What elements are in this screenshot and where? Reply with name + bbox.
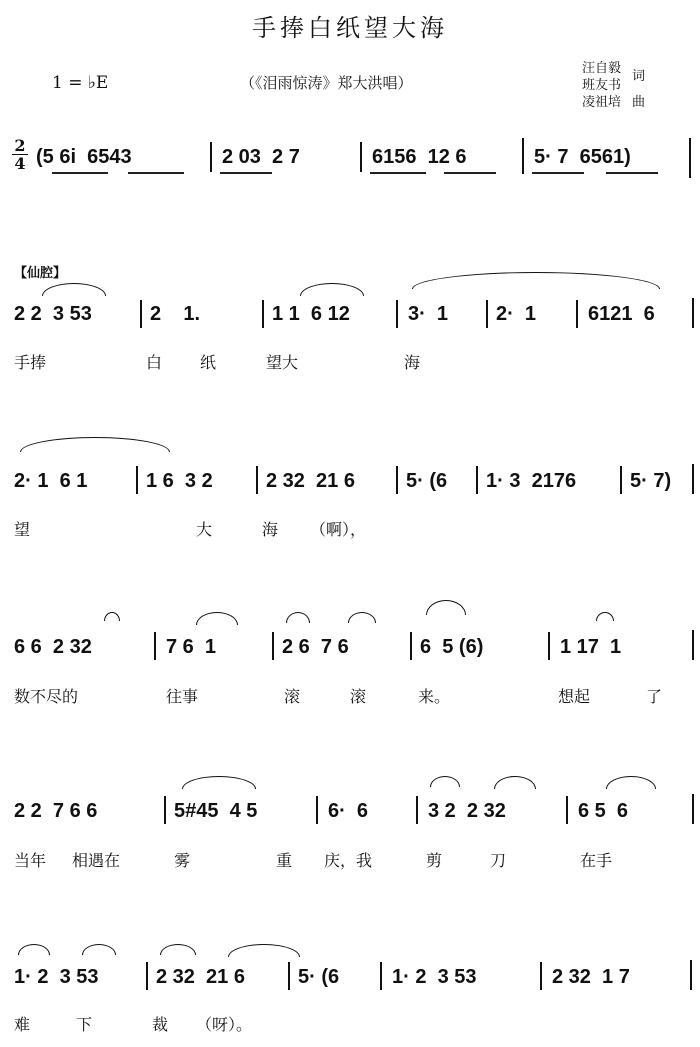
lyric: 海 [262,517,278,540]
lyric: （呀）。 [196,1012,252,1035]
measure: 2 32 1 7 [552,966,630,989]
measure: 6 5 6 [578,800,628,823]
lyric: 庆，我 [324,848,372,871]
source-note: （《泪雨惊涛》郑大洪唱） [240,72,413,93]
lyric: 滚 [284,684,300,707]
measure: 2 32 21 6 [266,470,355,493]
lyric: 滚 [350,684,366,707]
lyricist-1: 汪自毅 [582,60,621,77]
lyric: 相遇在 [72,848,120,871]
measure: 7 6 1 [166,636,216,659]
measure: 6156 12 6 [372,146,467,169]
lyric: 手捧 [14,350,46,373]
lyric: 往事 [166,684,198,707]
measure: 1 17 1 [560,636,621,659]
composer: 凌祖培 [582,94,621,111]
lyric: 裁 [152,1012,168,1035]
measure: (5 6i 6543 [36,146,132,169]
measure: 3 2 2 32 [428,800,506,823]
lyric: 难 [14,1012,30,1035]
key-signature: 1 = ♭E [52,73,108,93]
lyric: 纸 [200,350,216,373]
measure: 1· 2 3 53 [392,966,477,989]
lyric: 剪 [426,848,442,871]
measure: 2 2 7 6 6 [14,800,97,823]
credits: 汪自毅 班友书 凌祖培 词 曲 [582,60,621,111]
time-signature: 2 4 [12,137,28,172]
composer-role: 曲 [632,94,645,111]
lyric: 刀 [490,848,506,871]
measure: 5· 7) [630,470,671,493]
lyric: 了 [646,684,662,707]
lyric: 海 [404,350,420,373]
measure: 6 5 (6) [420,636,483,659]
lyric: 当年 [14,848,46,871]
lyric: 在手 [580,848,612,871]
measure: 6· 6 [328,800,368,823]
lyric: 大 [196,517,212,540]
measure: 2· 1 6 1 [14,470,87,493]
measure: 5#45 4 5 [174,800,257,823]
measure: 2 2 3 53 [14,303,92,326]
measure: 1 6 3 2 [146,470,213,493]
lyric: 雾 [174,848,190,871]
song-title: 手捧白纸望大海 [0,8,700,43]
measure: 2 03 2 7 [222,146,300,169]
measure: 2 1. [150,303,200,326]
measure: 6 6 2 32 [14,636,92,659]
lyric: 想起 [558,684,590,707]
measure: 5· (6 [298,966,339,989]
lyricist-2: 班友书 [582,77,621,94]
measure: 5· (6 [406,470,447,493]
lyricist-role: 词 [632,68,645,85]
lyric: 白 [146,350,162,373]
lyric: 来。 [418,684,450,707]
lyric: 望 [14,517,30,540]
measure: 2· 1 [496,303,536,326]
section-label: 【仙腔】 [14,262,66,281]
measure: 1· 2 3 53 [14,966,99,989]
measure: 1· 3 2176 [486,470,576,493]
measure: 6121 6 [588,303,655,326]
measure: 2 6 7 6 [282,636,349,659]
lyric: （啊）， [310,517,366,540]
measure: 1 1 6 12 [272,303,350,326]
lyric: 下 [76,1012,92,1035]
lyric: 重 [276,848,292,871]
lyric: 数不尽的 [14,684,78,707]
measure: 2 32 21 6 [156,966,245,989]
lyric: 望大 [266,350,298,373]
measure: 5· 7 6561) [534,146,631,169]
measure: 3· 1 [408,303,448,326]
